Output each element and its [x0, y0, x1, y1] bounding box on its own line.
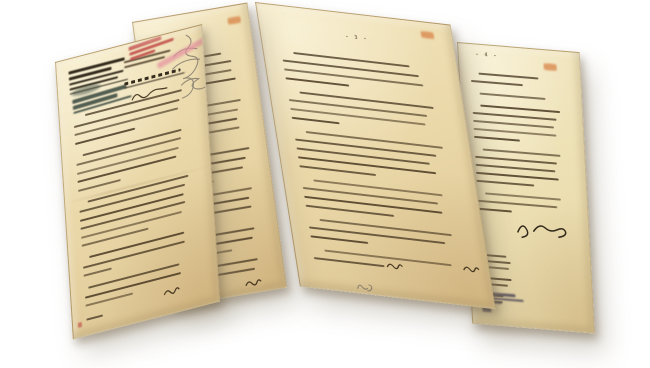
- typed-text-line: [487, 254, 506, 258]
- typed-text-line: [86, 314, 103, 320]
- initial-icon: [162, 284, 180, 297]
- typed-text-line: [313, 257, 384, 267]
- typed-text-line: [485, 192, 561, 200]
- initial-icon: [461, 263, 480, 274]
- typed-text-block: [73, 86, 207, 321]
- pencil-mark: [352, 276, 377, 297]
- signature-icon: [511, 216, 568, 243]
- typed-text-block: [281, 51, 475, 278]
- typed-text-line: [300, 92, 434, 109]
- typed-text-line: [306, 131, 443, 149]
- initial: [242, 271, 262, 293]
- typed-text-line: [478, 73, 538, 80]
- document-fan: - 2 -- 3 -- 4 -: [0, 0, 650, 368]
- initial: [383, 254, 404, 275]
- typed-text-line: [478, 208, 512, 213]
- typed-text-line: [288, 99, 427, 117]
- typed-text-line: [299, 165, 376, 176]
- typed-text-line: [295, 139, 437, 157]
- typed-text-line: [290, 108, 425, 126]
- typed-text-line: [294, 52, 410, 67]
- pencil-scribbles: [162, 26, 209, 113]
- typed-text-line: [487, 266, 508, 270]
- typed-text-line: [309, 226, 446, 244]
- folio: [543, 62, 556, 72]
- typed-text-line: [488, 277, 511, 281]
- typed-text-line: [475, 164, 555, 173]
- initial: [162, 279, 181, 302]
- page-number-mark: - 4 -: [475, 52, 498, 59]
- typed-text-line: [284, 68, 424, 86]
- typed-text-line: [474, 136, 520, 142]
- typed-text-block: [470, 72, 578, 218]
- document-page-1: [55, 24, 220, 339]
- initial: [460, 258, 481, 279]
- red-dot: [77, 322, 81, 328]
- pencil-mark-icon: [353, 280, 377, 293]
- initial-icon: [384, 260, 403, 271]
- typed-text-line: [314, 180, 443, 197]
- initial-icon: [243, 277, 262, 289]
- typed-text-line: [473, 128, 556, 137]
- typed-text-line: [282, 59, 419, 77]
- typed-text-line: [476, 180, 534, 187]
- typed-text-line: [285, 77, 350, 86]
- typed-text-line: [483, 148, 561, 156]
- typed-text-line: [297, 156, 436, 174]
- photo-canvas: - 2 -- 3 -- 4 -: [0, 0, 650, 368]
- typed-text-line: [320, 219, 452, 236]
- folio: [420, 30, 434, 40]
- typed-text-line: [302, 187, 437, 205]
- typed-text-line: [296, 147, 430, 164]
- typed-text-line: [83, 267, 112, 276]
- typed-text-line: [473, 112, 557, 121]
- typed-text-line: [479, 93, 545, 100]
- typed-text-line: [480, 105, 560, 114]
- typed-text-line: [291, 117, 340, 125]
- typed-text-line: [477, 200, 557, 209]
- signature: [511, 216, 568, 247]
- typed-text-line: [471, 80, 523, 86]
- typed-text-line: [476, 172, 559, 181]
- typed-text-line: [304, 196, 443, 214]
- typed-text-line: [310, 235, 368, 244]
- typed-text-line: [473, 120, 554, 129]
- typed-text-line: [475, 156, 557, 165]
